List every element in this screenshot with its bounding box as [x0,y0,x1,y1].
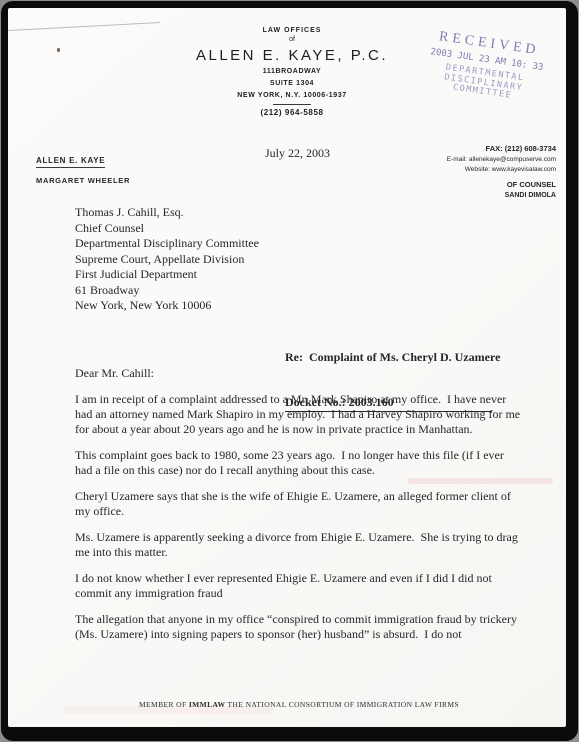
of-counsel-label: OF COUNSEL [447,180,556,189]
re-subject-line: Re: Complaint of Ms. Cheryl D. Uzamere [285,350,500,365]
letterhead-city: NEW YORK, N.Y. 10006-1937 [182,90,402,102]
body-paragraph: Cheryl Uzamere says that she is the wife… [75,489,521,519]
recipient-title: Chief Counsel [75,221,259,237]
letterhead-law-offices: LAW OFFICES [182,26,402,35]
recipient-department: First Judicial Department [75,267,259,283]
footer-membership-line: MEMBER OF IMMLAW THE NATIONAL CONSORTIUM… [20,700,566,709]
salutation: Dear Mr. Cahill: [75,366,521,381]
body-paragraph: I do not know whether I ever represented… [75,571,521,601]
recipient-city: New York, New York 10006 [75,298,259,314]
scan-speck [57,48,60,52]
recipient-address: Thomas J. Cahill, Esq. Chief Counsel Dep… [75,205,259,314]
paper-crease [8,22,160,31]
body-paragraph: Ms. Uzamere is apparently seeking a divo… [75,530,521,560]
contact-block: FAX: (212) 608-3734 E-mail: allenekaye@c… [447,144,556,199]
email-address: E-mail: allenekaye@compuserve.com [447,156,556,163]
letterhead-of: of [182,35,402,44]
letter-date: July 22, 2003 [265,146,330,161]
received-stamp: RECEIVED 2003 JUL 23 AM 10: 33 DEPARTMEN… [397,24,566,109]
body-paragraph: This complaint goes back to 1980, some 2… [75,448,521,478]
scanned-letter-page: LAW OFFICES of ALLEN E. KAYE, P.C. 111BR… [0,0,579,742]
letter-paper: LAW OFFICES of ALLEN E. KAYE, P.C. 111BR… [8,8,566,727]
attorney-allen-kaye: ALLEN E. KAYE [36,156,105,168]
letterhead-street: 111BROADWAY [182,66,402,78]
footer-immlaw: IMMLAW [189,700,226,709]
letterhead-suite: SUITE 1304 [182,78,402,90]
body-paragraph: I am in receipt of a complaint addressed… [75,392,521,437]
fax-number: FAX: (212) 608-3734 [447,144,556,153]
letterhead: LAW OFFICES of ALLEN E. KAYE, P.C. 111BR… [182,26,402,117]
footer-text-post: THE NATIONAL CONSORTIUM OF IMMIGRATION L… [225,700,459,709]
body-paragraph: The allegation that anyone in my office … [75,612,521,642]
attorney-margaret-wheeler: MARGARET WHEELER [36,176,130,185]
attorney-names: ALLEN E. KAYE MARGARET WHEELER [36,150,130,185]
website-url: Website: www.kayevisalaw.com [447,166,556,173]
letterhead-divider [273,104,311,105]
recipient-name: Thomas J. Cahill, Esq. [75,205,259,221]
letterhead-phone: (212) 964-5858 [182,108,402,117]
recipient-committee: Departmental Disciplinary Committee [75,236,259,252]
recipient-street: 61 Broadway [75,283,259,299]
of-counsel-name: SANDI DIMOLA [447,192,556,199]
footer-text-pre: MEMBER OF [139,700,189,709]
letter-body: Dear Mr. Cahill: I am in receipt of a co… [75,366,521,653]
recipient-court: Supreme Court, Appellate Division [75,252,259,268]
letterhead-firm-name: ALLEN E. KAYE, P.C. [182,46,402,66]
